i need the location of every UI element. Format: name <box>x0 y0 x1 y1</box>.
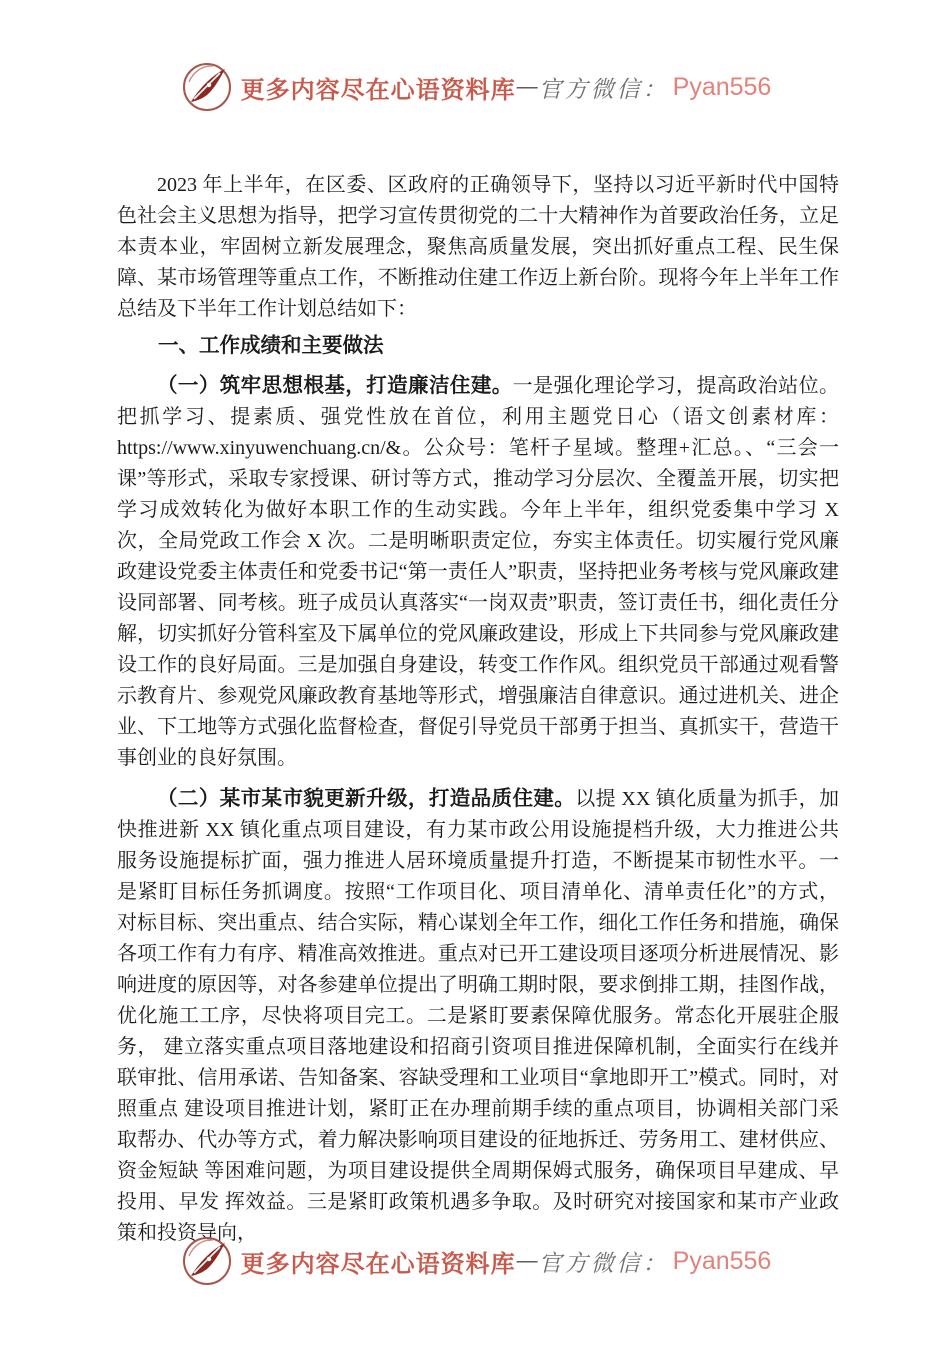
paragraph2-body: 以提 XX 镇化质量为抓手，加快推进新 XX 镇化重点项目建设，有力某市政公用设… <box>117 788 839 1244</box>
watermark-dash: — <box>516 74 539 100</box>
footer-watermark: 更多内容尽在心语资料库 — 官方微信： Pyan556 <box>0 1232 950 1290</box>
pen-nib-logo-icon <box>179 1232 235 1290</box>
paragraph1-lead: （一）筑牢思想根基，打造廉洁住建。 <box>157 374 513 397</box>
watermark-wechat-label: 官方微信： <box>539 1245 669 1278</box>
watermark-wechat-id: Pyan556 <box>673 1247 772 1276</box>
paragraph-section1-1: （一）筑牢思想根基，打造廉洁住建。一是强化理论学习，提高政治站位。把抓学习、提素… <box>117 370 839 774</box>
section1-heading: 一、工作成绩和主要做法 <box>117 330 839 361</box>
document-page: { "watermark": { "brand": "更多内容尽在心语资料库",… <box>0 0 950 1345</box>
watermark-brand-text: 更多内容尽在心语资料库 <box>241 70 516 105</box>
paragraph2-lead: （二）某市某市貌更新升级，打造品质住建。 <box>157 787 575 810</box>
header-watermark: 更多内容尽在心语资料库 — 官方微信： Pyan556 <box>0 58 950 116</box>
watermark-dash: — <box>516 1248 539 1274</box>
document-body: 2023 年上半年，在区委、区政府的正确领导下，坚持以习近平新时代中国特色社会主… <box>117 170 839 1249</box>
watermark-wechat-label: 官方微信： <box>539 71 669 104</box>
watermark-wechat-id: Pyan556 <box>673 73 772 102</box>
intro-paragraph: 2023 年上半年，在区委、区政府的正确领导下，坚持以习近平新时代中国特色社会主… <box>117 170 839 325</box>
pen-nib-logo-icon <box>179 58 235 116</box>
paragraph1-body: 一是强化理论学习，提高政治站位。把抓学习、提素质、强党性放在首位，利用主题党日心… <box>117 375 839 769</box>
watermark-brand-text: 更多内容尽在心语资料库 <box>241 1244 516 1279</box>
paragraph-section1-2: （二）某市某市貌更新升级，打造品质住建。以提 XX 镇化质量为抓手，加快推进新 … <box>117 783 839 1249</box>
